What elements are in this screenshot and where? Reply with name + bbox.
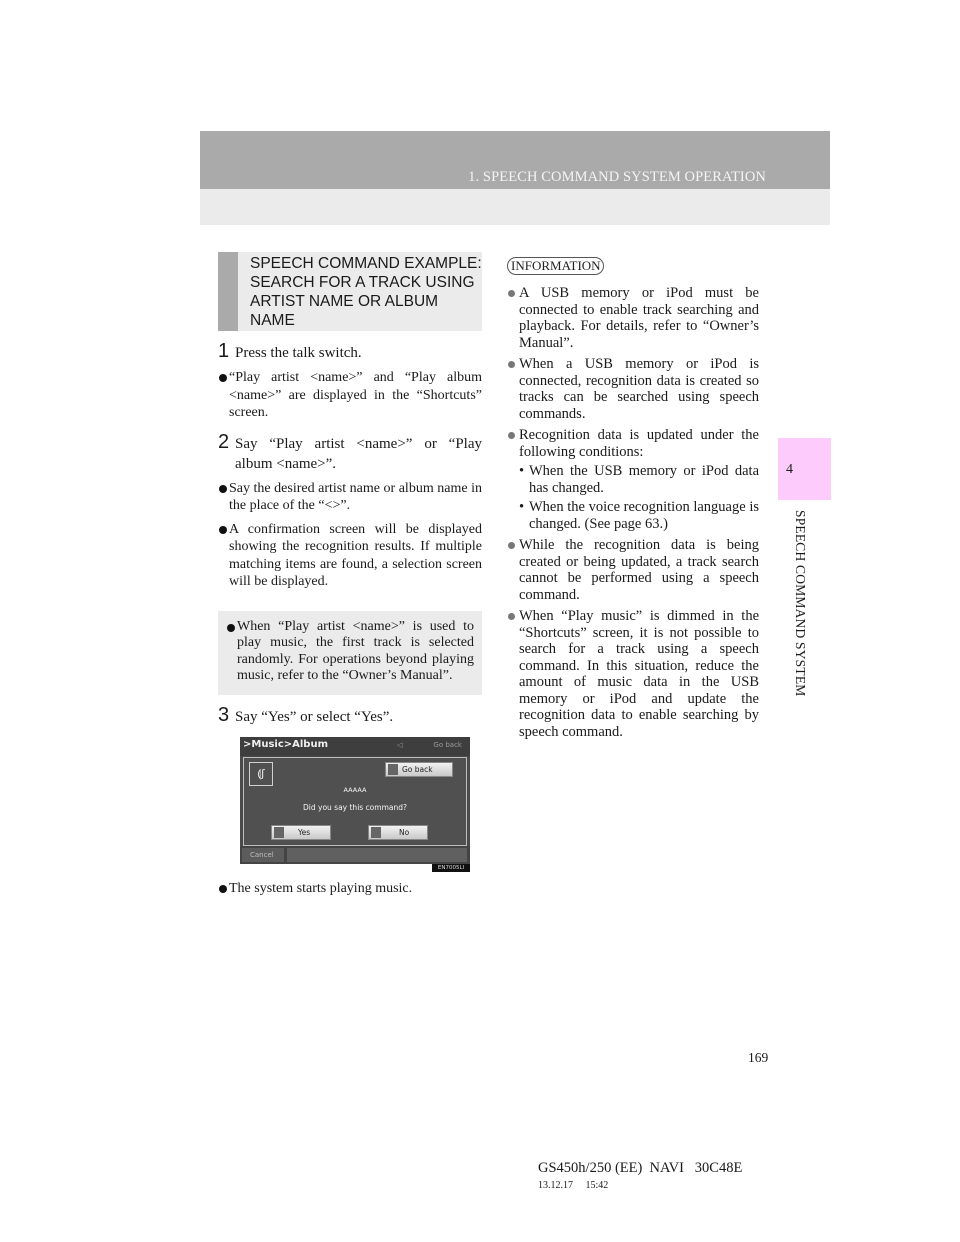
speech-icon xyxy=(274,827,284,838)
step-text: Say “Yes” or select “Yes”. xyxy=(235,707,393,727)
bullet-item: Say the desired artist name or album nam… xyxy=(218,480,482,515)
bullet-item: The system starts playing music. xyxy=(218,880,482,898)
bullet-item: A confirmation screen will be displayed … xyxy=(218,521,482,591)
bullet-icon xyxy=(507,608,519,740)
note-box: When “Play artist <name>” is used to pla… xyxy=(218,611,482,695)
recognized-text: AAAAA xyxy=(244,786,466,794)
left-column: SPEECH COMMAND EXAMPLE: SEARCH FOR A TRA… xyxy=(218,252,482,897)
no-button[interactable]: No xyxy=(368,825,428,840)
info-item: While the recognition data is being crea… xyxy=(507,537,759,603)
step-number: 2 xyxy=(218,432,231,452)
confirmation-screen-illustration: >Music>Album ◁ Go back ⟬ʃ Go back AAAAA … xyxy=(240,737,470,872)
step-number: 3 xyxy=(218,705,231,725)
step-3: 3 Say “Yes” or select “Yes”. xyxy=(218,705,482,727)
header-bar: 1. SPEECH COMMAND SYSTEM OPERATION xyxy=(200,131,830,189)
section-heading: SPEECH COMMAND EXAMPLE: SEARCH FOR A TRA… xyxy=(250,254,482,330)
info-item: A USB memory or iPod must be connected t… xyxy=(507,285,759,351)
speech-icon xyxy=(371,827,381,838)
speech-icon: ◁ xyxy=(397,741,402,749)
step-number: 1 xyxy=(218,341,231,361)
step-1: 1 Press the talk switch. xyxy=(218,341,482,363)
footer-model: GS450h/250 (EE) NAVI 30C48E xyxy=(538,1160,742,1177)
speech-icon: ⟬ʃ xyxy=(249,762,273,786)
screen: >Music>Album ◁ Go back ⟬ʃ Go back AAAAA … xyxy=(240,737,470,864)
header-subbar xyxy=(200,189,830,225)
screen-title-bar: >Music>Album ◁ Go back xyxy=(240,737,470,756)
status-bar xyxy=(287,848,467,862)
right-column: INFORMATION A USB memory or iPod must be… xyxy=(507,252,759,740)
bullet-icon xyxy=(507,356,519,422)
go-back-button[interactable]: Go back xyxy=(385,762,453,777)
yes-button[interactable]: Yes xyxy=(271,825,331,840)
sub-bullet-icon: • xyxy=(519,463,529,496)
section-heading-box: SPEECH COMMAND EXAMPLE: SEARCH FOR A TRA… xyxy=(218,252,482,331)
confirmation-question: Did you say this command? xyxy=(244,803,466,812)
sub-bullet-icon: • xyxy=(519,499,529,532)
sub-item: • When the voice recognition language is… xyxy=(519,499,759,532)
image-code: EN7005LI xyxy=(432,864,470,872)
bullet-icon xyxy=(218,369,229,422)
speech-icon xyxy=(388,764,398,775)
bullet-icon xyxy=(218,521,229,591)
page-number: 169 xyxy=(748,1050,768,1066)
chapter-number: 4 xyxy=(786,462,793,478)
chapter-label: SPEECH COMMAND SYSTEM xyxy=(792,510,808,696)
go-back-top-label: Go back xyxy=(433,741,462,749)
bullet-icon xyxy=(507,537,519,603)
info-item: When a USB memory or iPod is connected, … xyxy=(507,356,759,422)
bullet-icon xyxy=(507,427,519,532)
step-text: Say “Play artist <name>” or “Play album … xyxy=(235,434,482,474)
bullet-icon xyxy=(218,880,229,898)
step-text: Press the talk switch. xyxy=(235,343,362,363)
info-item: When “Play music” is dimmed in the “Shor… xyxy=(507,608,759,740)
breadcrumb: >Music>Album xyxy=(243,739,328,750)
information-label: INFORMATION xyxy=(507,257,604,275)
sub-item: • When the USB memory or iPod data has c… xyxy=(519,463,759,496)
footer-date: 13.12.17 15:42 xyxy=(538,1180,608,1191)
bullet-icon xyxy=(226,619,237,685)
confirmation-panel: ⟬ʃ Go back AAAAA Did you say this comman… xyxy=(243,757,467,846)
step-2: 2 Say “Play artist <name>” or “Play albu… xyxy=(218,432,482,474)
info-item: Recognition data is updated under the fo… xyxy=(507,427,759,532)
bullet-icon xyxy=(507,285,519,351)
screen-bottom-bar: Cancel xyxy=(240,846,470,864)
note-item: When “Play artist <name>” is used to pla… xyxy=(226,619,474,685)
bullet-item: “Play artist <name>” and “Play album <na… xyxy=(218,369,482,422)
heading-accent-bar xyxy=(218,252,238,331)
cancel-button[interactable]: Cancel xyxy=(242,848,284,862)
bullet-icon xyxy=(218,480,229,515)
section-title: 1. SPEECH COMMAND SYSTEM OPERATION xyxy=(468,169,766,186)
chapter-tab: 4 xyxy=(778,438,831,500)
